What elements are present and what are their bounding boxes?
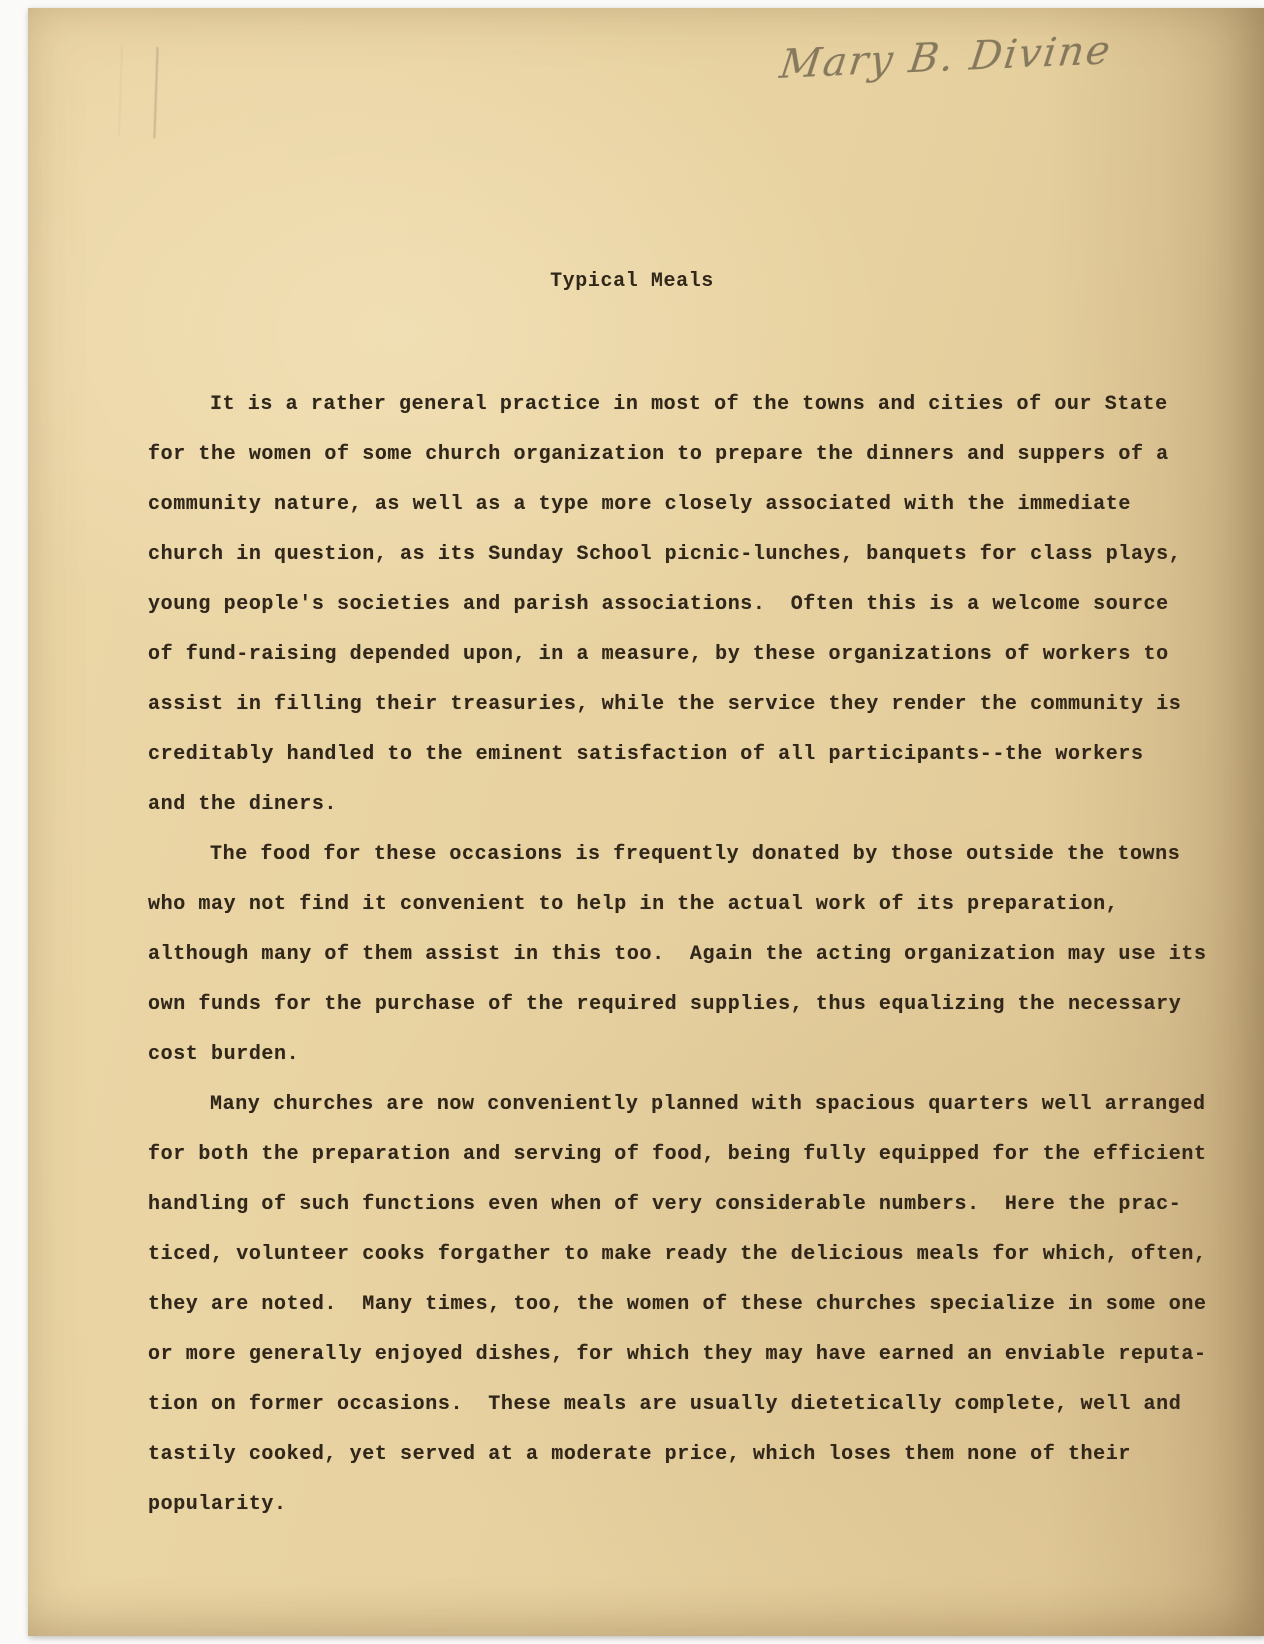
document-body: It is a rather general practice in most … bbox=[148, 380, 1178, 1530]
text-line: young people's societies and parish asso… bbox=[148, 580, 1178, 630]
text-line: ticed, volunteer cooks forgather to make… bbox=[148, 1230, 1178, 1280]
text-line: for both the preparation and serving of … bbox=[148, 1130, 1178, 1180]
text-line: handling of such functions even when of … bbox=[148, 1180, 1178, 1230]
text-line: who may not find it convenient to help i… bbox=[148, 880, 1178, 930]
scanned-page-background: Mary B. Divine Typical Meals It is a rat… bbox=[0, 0, 1264, 1644]
text-line: community nature, as well as a type more… bbox=[148, 480, 1178, 530]
text-line: popularity. bbox=[148, 1480, 1178, 1530]
text-line: assist in filling their treasuries, whil… bbox=[148, 680, 1178, 730]
handwritten-signature: Mary B. Divine bbox=[777, 26, 1143, 88]
text-line: The food for these occasions is frequent… bbox=[148, 830, 1178, 880]
paragraph: The food for these occasions is frequent… bbox=[148, 830, 1178, 1080]
text-line: tion on former occasions. These meals ar… bbox=[148, 1380, 1178, 1430]
text-line: It is a rather general practice in most … bbox=[148, 380, 1178, 430]
text-line: they are noted. Many times, too, the wom… bbox=[148, 1280, 1178, 1330]
text-line: church in question, as its Sunday School… bbox=[148, 530, 1178, 580]
text-line: or more generally enjoyed dishes, for wh… bbox=[148, 1330, 1178, 1380]
page-title: Typical Meals bbox=[122, 270, 1142, 293]
staple-mark bbox=[118, 45, 158, 138]
text-line: tastily cooked, yet served at a moderate… bbox=[148, 1430, 1178, 1480]
paragraph: It is a rather general practice in most … bbox=[148, 380, 1178, 830]
paragraph: Many churches are now conveniently plann… bbox=[148, 1080, 1178, 1530]
text-line: for the women of some church organizatio… bbox=[148, 430, 1178, 480]
text-line: although many of them assist in this too… bbox=[148, 930, 1178, 980]
text-line: creditably handled to the eminent satisf… bbox=[148, 730, 1178, 780]
paper-sheet: Mary B. Divine Typical Meals It is a rat… bbox=[28, 8, 1264, 1636]
text-line: own funds for the purchase of the requir… bbox=[148, 980, 1178, 1030]
text-line: cost burden. bbox=[148, 1030, 1178, 1080]
text-line: Many churches are now conveniently plann… bbox=[148, 1080, 1178, 1130]
text-line: of fund-raising depended upon, in a meas… bbox=[148, 630, 1178, 680]
text-line: and the diners. bbox=[148, 780, 1178, 830]
